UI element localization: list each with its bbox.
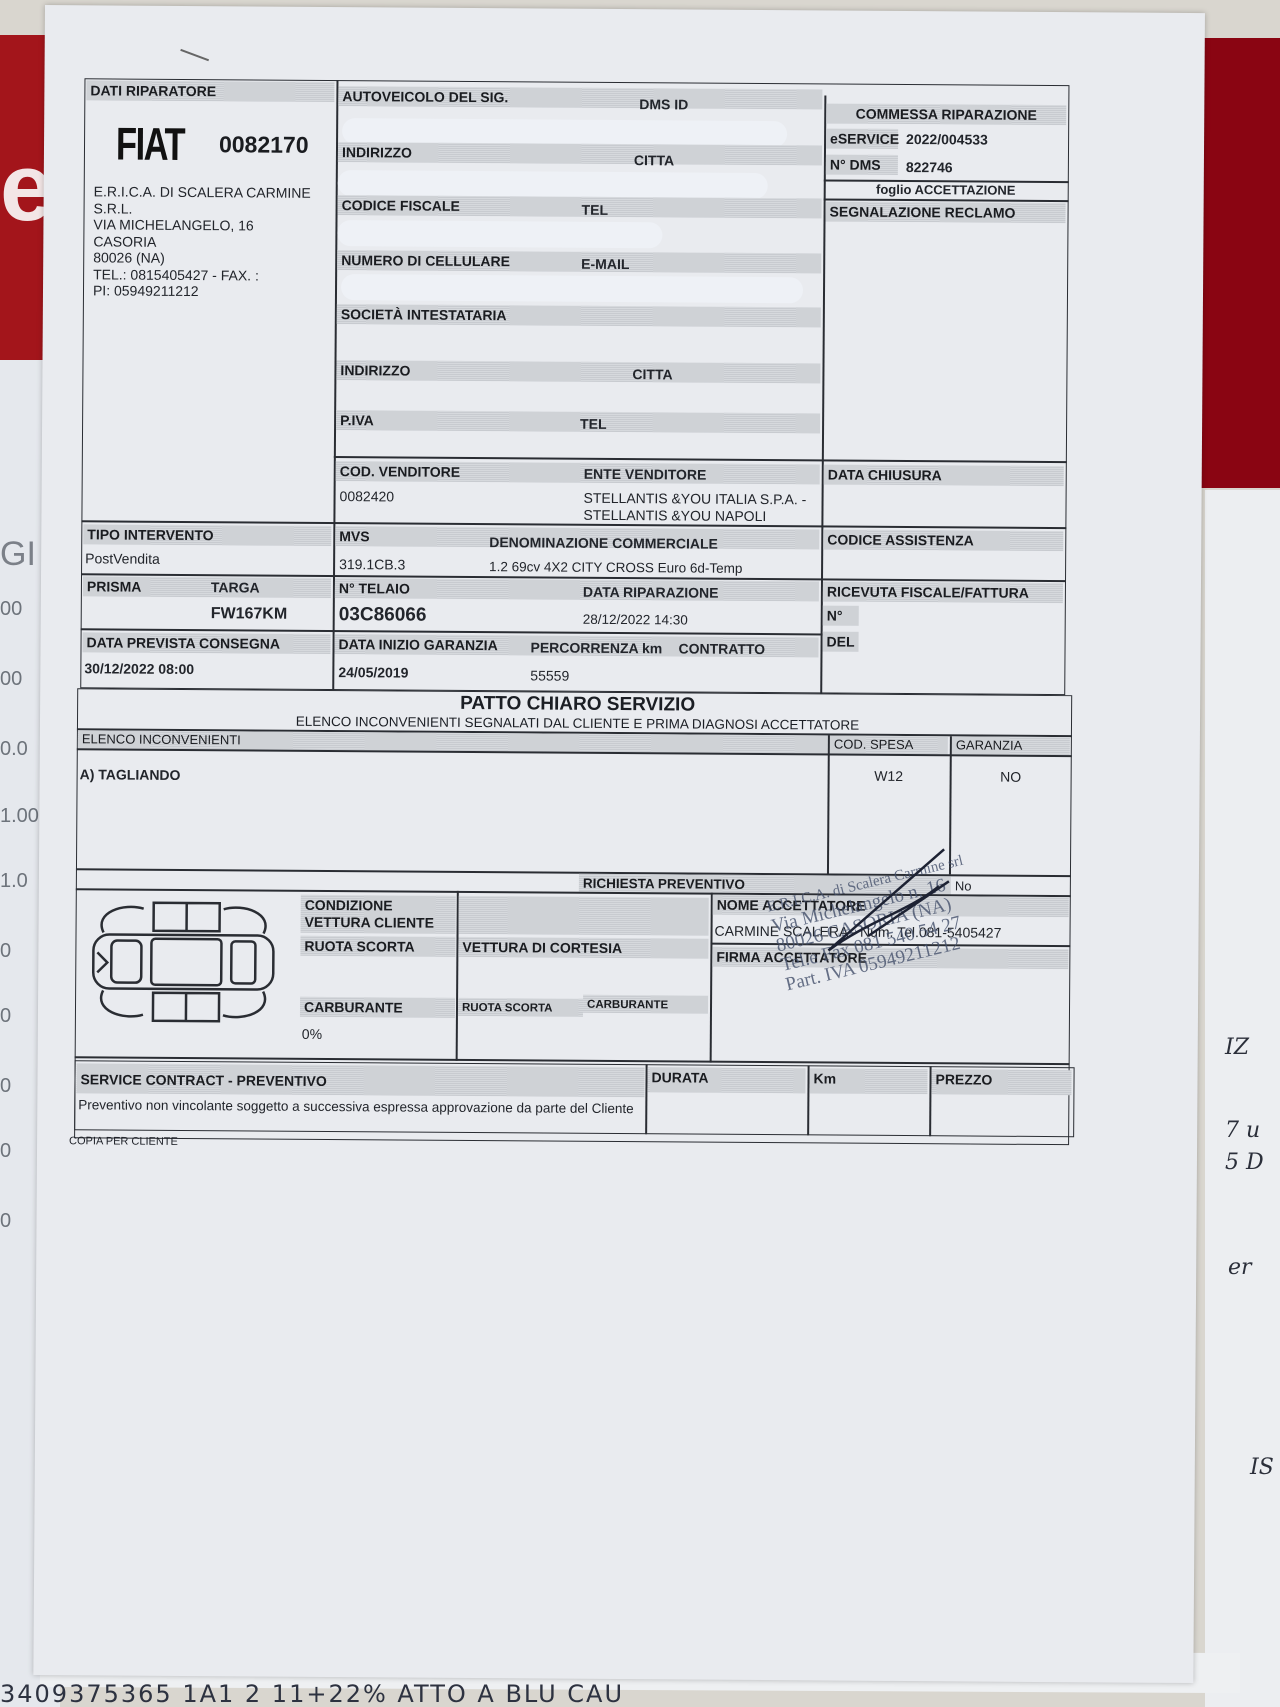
commercial-name-value: 1.2 69cv 4X2 CITY CROSS Euro 6d-Temp [489,559,742,576]
repair-order-form: DATI RIPARATORE FIAT 0082170 E.R.I.C.A. … [84,78,1069,85]
invoice-label: RICEVUTA FISCALE/FATTURA [823,581,1063,603]
address-label: INDIRIZZO [338,142,822,165]
background-number: 0 [0,1140,11,1163]
fiat-logo: FIAT [116,116,184,170]
repair-date-label: DATA RIPARAZIONE [583,584,719,601]
sheet-type-label: foglio ACCETTAZIONE [826,181,1066,198]
handwritten-note: IS [1250,1455,1274,1480]
dealer-code: 0082170 [219,131,309,159]
assistance-code-label: CODICE ASSISTENZA [823,529,1063,551]
company-city-label: CITTA [632,366,672,382]
background-number: 00 [0,598,22,621]
invoice-number-label: N° [823,605,859,625]
plate-value: FW167KM [211,605,288,624]
commercial-name-label: DENOMINAZIONE COMMERCIALE [489,534,718,552]
courtesy-spare-wheel-label: RUOTA SCORTA [458,998,583,1017]
background-number: 0 [0,940,11,963]
handwritten-note: er [1228,1255,1252,1280]
dealer-line: CASORIA [93,233,310,251]
order-title: COMMESSA RIPARAZIONE [826,103,1066,125]
courtesy-fuel-label: CARBURANTE [583,995,708,1014]
delivery-date-value: 30/12/2022 08:00 [84,660,194,677]
vehicle-owner-label: AUTOVEICOLO DEL SIG. [338,86,822,109]
dealer-line: 80026 (NA) [93,249,310,267]
dealer-line: PI: 05949211212 [93,282,310,300]
dms-number-value: 822746 [906,159,953,175]
closing-date-label: DATA CHIUSURA [824,464,1064,486]
company-tel-label: TEL [580,416,607,432]
dms-id-label: DMS ID [639,96,688,112]
mileage-value: 55559 [530,667,569,683]
mileage-label: PERCORRENZA km [530,639,662,656]
km-label: Km [809,1068,927,1094]
company-label: SOCIETÀ INTESTATARIA [337,304,821,327]
seller-entity-label: ENTE VENDITORE [584,466,707,483]
issue-cost-code: W12 [830,767,948,784]
background-number: 1.0 [0,870,28,893]
plate-label: TARGA [211,579,260,595]
background-right-notes-sheet [1205,490,1280,1707]
background-red-folder [1195,38,1280,488]
background-number: 1.00 [0,805,39,828]
vat-label: P.IVA [336,410,820,433]
invoice-date-label: DEL [823,631,859,651]
intervention-type-label: TIPO INTERVENTO [83,524,331,546]
warranty-start-value: 24/05/2019 [338,664,408,680]
background-number: 0 [0,1075,11,1098]
price-label: PREZZO [931,1069,1071,1095]
dealer-line: S.R.L. [94,200,311,218]
handwritten-bottom-note: 3409375365 1A1 2 11+22% ATTO A BLU CAU [0,1680,624,1707]
handwritten-note: 5 D [1225,1150,1264,1175]
background-left-sheet-text: GI [0,535,36,574]
seller-code-label: COD. VENDITORE [336,461,820,484]
mvs-value: 319.1CB.3 [339,556,405,572]
spare-wheel-label: RUOTA SCORTA [300,936,455,957]
seller-entity-value: STELLANTIS &YOU ITALIA S.P.A. - [584,490,807,508]
contract-label: CONTRATTO [678,640,765,657]
staple [180,49,209,61]
chassis-value: 03C86066 [339,604,427,627]
repair-order-sheet: DATI RIPARATORE FIAT 0082170 E.R.I.C.A. … [33,5,1205,1683]
delivery-date-label: DATA PREVISTA CONSEGNA [82,632,330,654]
car-top-view-icon [83,896,284,1027]
prisma-label: PRISMA [83,576,331,598]
dms-number-label: N° DMS [826,154,898,175]
fuel-label: CARBURANTE [300,997,455,1018]
tel-label: TEL [582,202,609,218]
fuel-value: 0% [302,1026,322,1042]
handwritten-note: IZ [1225,1035,1249,1060]
courtesy-header-area [459,896,709,936]
background-number: 00 [0,668,22,691]
dealer-address: E.R.I.C.A. DI SCALERA CARMINE S.R.L. VIA… [93,183,311,300]
complaint-label: SEGNALAZIONE RECLAMO [826,201,1066,223]
email-label: E-MAIL [581,256,629,272]
eservice-label: eSERVICE [826,128,898,149]
city-label: CITTA [634,152,674,168]
seller-entity-value: STELLANTIS &YOU NAPOLI [583,507,766,524]
repair-date-value: 28/12/2022 14:30 [583,612,688,628]
intervention-type-value: PostVendita [85,550,160,567]
courtesy-car-label: VETTURA DI CORTESIA [458,937,708,959]
service-contract-title: SERVICE CONTRACT - PREVENTIVO [76,1063,644,1097]
background-number: 0 [0,1210,11,1233]
mobile-label: NUMERO DI CELLULARE [337,250,821,273]
seller-code-value: 0082420 [340,488,395,504]
handwritten-note: 7 u [1225,1118,1260,1143]
background-number: 0 [0,1005,11,1028]
dealer-line: E.R.I.C.A. DI SCALERA CARMINE [94,183,311,201]
duration-label: DURATA [647,1067,805,1093]
dealer-line: VIA MICHELANGELO, 16 [93,216,310,234]
customer-car-condition-label: CONDIZIONE VETTURA CLIENTE [301,895,456,934]
warranty-label: GARANZIA [952,736,1070,755]
company-address-label: INDIRIZZO [336,360,820,383]
dealer-line: TEL.: 0815405427 - FAX. : [93,266,310,284]
redacted-tax-code [337,220,662,248]
acceptor-signature [808,840,969,961]
background-number: 0.0 [0,738,28,761]
cost-code-label: COD. SPESA [830,735,948,754]
tax-code-label: CODICE FISCALE [338,195,822,218]
eservice-value: 2022/004533 [906,131,988,148]
copy-for-customer-label: COPIA PER CLIENTE [69,1135,178,1148]
issue-text: A) TAGLIANDO [80,766,181,783]
dealer-section-label: DATI RIPARATORE [86,80,334,102]
chassis-label: N° TELAIO [335,578,819,601]
issue-warranty: NO [952,768,1070,785]
redacted-contact [341,274,803,303]
